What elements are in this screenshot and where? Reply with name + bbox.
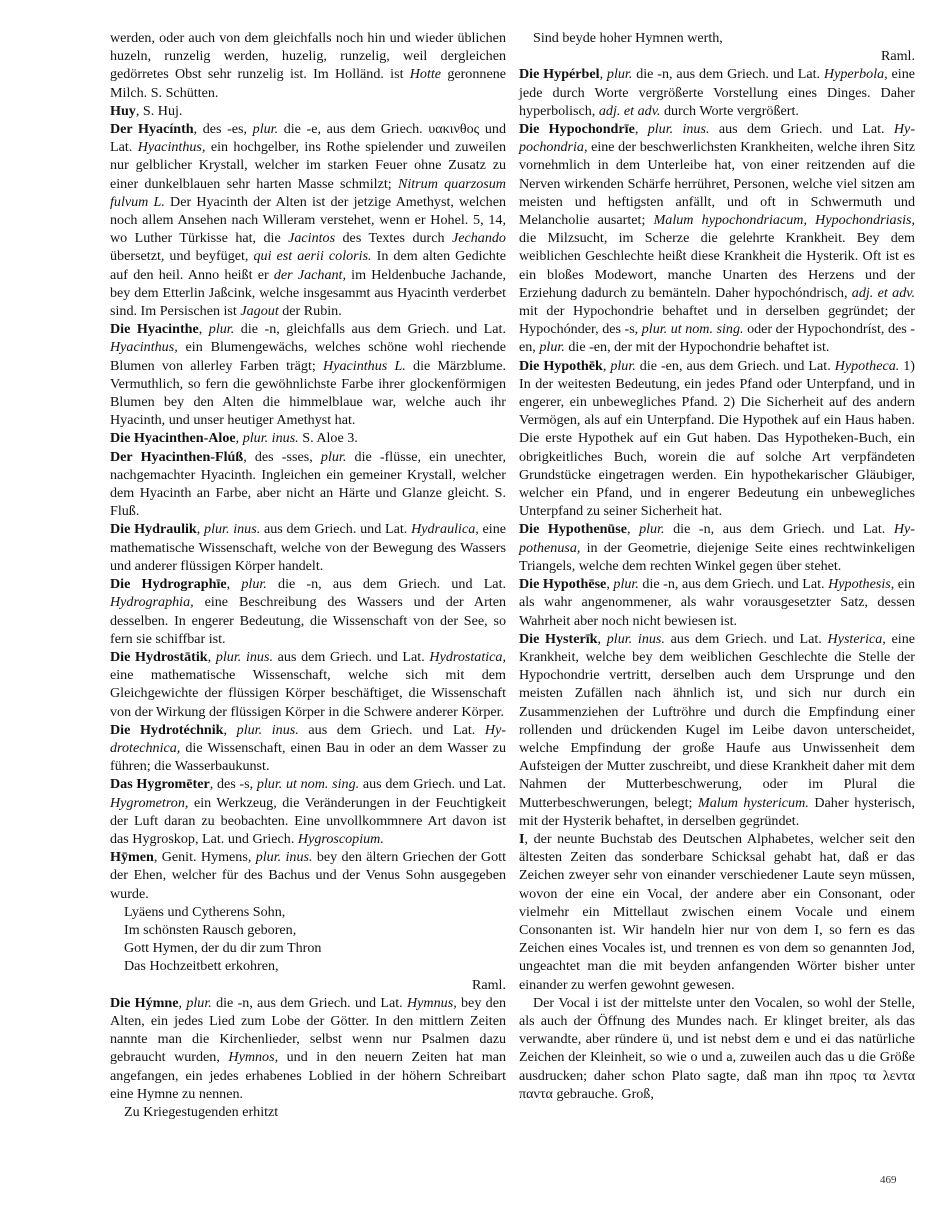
italic-text: plur. (539, 339, 564, 355)
italic-text: plur. (186, 995, 211, 1011)
body-text: , (236, 430, 243, 446)
entry-headword: Die Hyacinthe (110, 321, 199, 337)
verse-line: Sind beyde hoher Hymnen werth, (519, 29, 915, 47)
italic-text: plur. inus. (216, 649, 273, 665)
entry-headword: Die Hydrographīe (110, 576, 227, 592)
entry-headword: Die Hypochondrīe (519, 121, 635, 137)
entry-headword: Die Hypothēse (519, 576, 606, 592)
italic-text: plur. (613, 576, 638, 592)
entry-headword: Die Hypothēk (519, 358, 603, 374)
verse-line: Gott Hymen, der du dir zum Thron (110, 939, 506, 957)
body-text: , Genit. Hymens, (154, 849, 256, 865)
body-text: S. Aloe 3. (299, 430, 358, 446)
entry-headword: Die Hýmne (110, 995, 179, 1011)
body-text: durch Worte vergrö­ßert. (660, 103, 798, 119)
body-text: die -en, der mit der Hypochondrie behaft… (565, 339, 830, 355)
entry-headword: Der Hyacinthen-Flúß (110, 449, 243, 465)
body-text: aus dem Griech. und Lat. (260, 521, 411, 537)
dictionary-entry: Das Hygromēter, des -s, plur. ut nom. si… (110, 775, 506, 848)
entry-headword: Das Hygromēter (110, 776, 210, 792)
dictionary-page: werden, oder auch von dem gleichfalls no… (0, 0, 935, 1210)
body-text: aus dem Griech. und Lat. (359, 776, 506, 792)
dictionary-entry: Die Hydraulik, plur. inus. aus dem Griec… (110, 520, 506, 575)
body-text: aus dem Griech. und Lat. (299, 722, 485, 738)
entry-headword: Die Hydrostātik (110, 649, 208, 665)
body-text: , (208, 649, 216, 665)
italic-text: Hydrographia, (110, 594, 194, 610)
body-text: , (635, 121, 648, 137)
italic-text: Hymnus, (407, 995, 457, 1011)
body-text: eine Krankheit, welche bey dem weibliche… (519, 631, 915, 811)
italic-text: Jechando (452, 230, 506, 246)
italic-text: plur. inus. (204, 521, 260, 537)
body-text: übersetzt, und beyfüget, (110, 248, 254, 264)
dictionary-entry: Die Hyacinthen-Aloe, plur. inus. S. Aloe… (110, 429, 506, 447)
body-text: aus dem Griech. und Lat. (273, 649, 429, 665)
italic-text: Hotte (410, 66, 441, 82)
dictionary-entry: Die Hypochondrīe, plur. inus. aus dem Gr… (519, 120, 915, 357)
italic-text: plur. (639, 521, 664, 537)
body-text: , des -s, (210, 776, 257, 792)
dictionary-entry: Die Hyacinthe, plur. die -n, gleichfalls… (110, 320, 506, 429)
italic-text: Hy­groscopium. (298, 831, 384, 847)
italic-text: adj. et adv. (599, 103, 661, 119)
italic-text: plur. (610, 358, 635, 374)
entry-headword: Die Hyacinthen-Aloe (110, 430, 236, 446)
body-text: des Textes durch (335, 230, 452, 246)
dictionary-entry: Hȳmen, Genit. Hymens, plur. inus. bey de… (110, 848, 506, 903)
italic-text: plur. ut nom. sing. (257, 776, 359, 792)
italic-text: plur. (253, 121, 278, 137)
quote-attribution: Raml. (519, 47, 915, 65)
italic-text: plur. (607, 66, 632, 82)
italic-text: Hymnos, (228, 1049, 278, 1065)
italic-text: plur. inus. (648, 121, 710, 137)
body-text: , der neunte Buchstab des Deutschen Alph… (519, 831, 915, 993)
entry-headword: Die Hydrotéchnik (110, 722, 224, 738)
body-text: , S. Huj. (136, 103, 183, 119)
body-text: die -n, gleichfalls aus dem Griech. und … (234, 321, 506, 337)
dictionary-entry: Huy, S. Huj. (110, 102, 506, 120)
italic-text: qui est aerii coloris. (254, 248, 372, 264)
italic-text: plur. (241, 576, 266, 592)
dictionary-entry: Der Hyacínth, des -es, plur. die -e, aus… (110, 120, 506, 320)
italic-text: plur. inus. (237, 722, 299, 738)
verse-line: Das Hochzeitbett erkohren, (110, 957, 506, 975)
body-text: , (600, 66, 607, 82)
italic-text: plur. inus. (607, 631, 665, 647)
italic-text: Malum hystericum. (698, 795, 809, 811)
body-text: die -n, aus dem Griech. und Lat. (212, 995, 407, 1011)
dictionary-entry: Die Hýmne, plur. die -n, aus dem Griech.… (110, 994, 506, 1103)
verse-line: Im schönsten Rausch geboren, (110, 921, 506, 939)
dictionary-entry: Die Hypothenūse, plur. die -n, aus dem G… (519, 520, 915, 575)
body-text: , des -sses, (243, 449, 321, 465)
entry-headword: Huy (110, 103, 136, 119)
italic-text: Malum hypochondria­cum, Hypochondriasis, (654, 212, 915, 228)
entry-headword: Die Hypothenūse (519, 521, 627, 537)
body-text: , (197, 521, 204, 537)
dictionary-entry: Der Hyacinthen-Flúß, des -sses, plur. di… (110, 448, 506, 521)
body-text: , (598, 631, 607, 647)
body-text: aus dem Griech. und Lat. (665, 631, 828, 647)
right-column: Sind beyde hoher Hymnen werth,Raml.Die H… (519, 29, 915, 1103)
left-column: werden, oder auch von dem gleichfalls no… (110, 29, 506, 1121)
body-text: die -n, aus dem Griech. und Lat. (665, 521, 894, 537)
body-text: , (199, 321, 209, 337)
dictionary-entry: Die Hydrographīe, plur. die -n, aus dem … (110, 575, 506, 648)
paragraph: Der Vocal i ist der mittelste unter den … (519, 994, 915, 1103)
body-text: der Rubin. (279, 303, 342, 319)
italic-text: Jacintos (288, 230, 335, 246)
body-text: , des -es, (194, 121, 253, 137)
italic-text: der Jachant, (274, 267, 346, 283)
body-text: Der Vocal i ist der mittelste unter den … (519, 995, 915, 1102)
italic-text: Jagout (240, 303, 278, 319)
italic-text: Hypo­theca. (835, 358, 900, 374)
dictionary-entry: Die Hypérbel, plur. die -n, aus dem Grie… (519, 65, 915, 120)
body-text: , (227, 576, 242, 592)
italic-text: Hyper­bola, (824, 66, 888, 82)
body-text: , (224, 722, 237, 738)
italic-text: Hypo­thesis, (828, 576, 894, 592)
italic-text: plur. (209, 321, 234, 337)
body-text: 1) In der weitesten Bedeutung, ein jedes… (519, 358, 915, 520)
body-text: die -n, aus dem Griech. und Lat. (639, 576, 828, 592)
italic-text: Hyacinthus, (138, 139, 206, 155)
paragraph: werden, oder auch von dem gleichfalls no… (110, 29, 506, 102)
verse-line: Zu Kriegestugenden erhitzt (110, 1103, 506, 1121)
body-text: die -n, aus dem Griech. und Lat. (632, 66, 824, 82)
italic-text: plur. ut nom. sing. (642, 321, 744, 337)
italic-text: adj. et adv. (852, 285, 915, 301)
dictionary-entry: Die Hypothēse, plur. die -n, aus dem Gri… (519, 575, 915, 630)
dictionary-entry: Die Hydrotéchnik, plur. inus. aus dem Gr… (110, 721, 506, 776)
entry-headword: Hȳmen (110, 849, 154, 865)
entry-headword: Die Hysterīk (519, 631, 598, 647)
dictionary-entry: Die Hypothēk, plur. die -en, aus dem Gri… (519, 357, 915, 521)
body-text: eine mathematische Wissenschaft, welche … (110, 667, 506, 719)
body-text: aus dem Griech. und Lat. (710, 121, 894, 137)
italic-text: Hysterica, (828, 631, 886, 647)
italic-text: plur. inus. (243, 430, 299, 446)
dictionary-entry: I, der neunte Buchstab des Deutschen Alp… (519, 830, 915, 994)
italic-text: plur. (321, 449, 346, 465)
body-text: die -en, aus dem Griech. und Lat. (636, 358, 835, 374)
body-text: die -n, aus dem Griech. und Lat. (267, 576, 506, 592)
italic-text: Hygrometron, (110, 795, 188, 811)
italic-text: plur. inus. (256, 849, 313, 865)
dictionary-entry: Die Hysterīk, plur. inus. aus dem Griech… (519, 630, 915, 830)
italic-text: Hydrau­lica, (411, 521, 479, 537)
italic-text: Hyacinthus, (110, 339, 178, 355)
entry-headword: Die Hydraulik (110, 521, 197, 537)
quote-attribution: Raml. (110, 976, 506, 994)
entry-headword: Die Hypérbel (519, 66, 600, 82)
entry-headword: Der Hyacínth (110, 121, 194, 137)
body-text: , (627, 521, 639, 537)
verse-line: Lyäens und Cytherens Sohn, (110, 903, 506, 921)
page-number: 469 (880, 1174, 897, 1186)
dictionary-entry: Die Hydrostātik, plur. inus. aus dem Gri… (110, 648, 506, 721)
italic-text: Hyacinthus L. (323, 358, 406, 374)
italic-text: Hydro­statica, (429, 649, 506, 665)
